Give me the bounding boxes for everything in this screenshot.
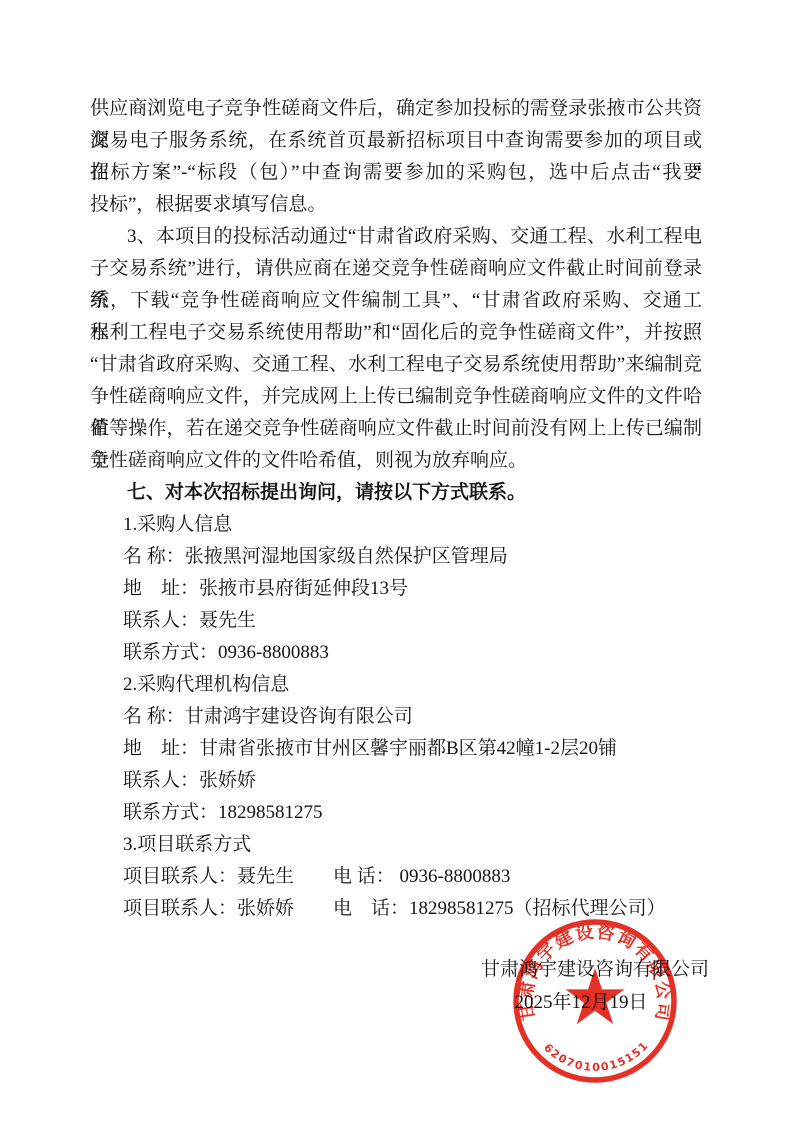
agency-info-heading: 2.采购代理机构信息 (90, 669, 702, 701)
paragraph-line: 值等操作，若在递交竞争性磋商响应文件截止时间前没有网上上传已编制竞 (90, 413, 702, 445)
paragraph-line: 争性磋商响应文件，并完成网上上传已编制竞争性磋商响应文件的文件哈希 (90, 381, 702, 413)
paragraph-line: 水利工程电子交易系统使用帮助”和“固化后的竞争性磋商文件”，并按照 (90, 317, 702, 349)
purchaser-contact: 联系人：聂先生 (90, 605, 702, 637)
section-heading: 七、对本次招标提出询问，请按以下方式联系。 (90, 477, 702, 509)
purchaser-address: 地 址：张掖市县府街延伸段13号 (90, 573, 702, 605)
agency-address: 地 址：甘肃省张掖市甘州区馨宇丽都B区第42幢1-2层20铺 (90, 733, 702, 765)
paragraph-line: 供应商浏览电子竞争性磋商文件后，确定参加投标的需登录张掖市公共资源 (90, 93, 702, 125)
seal-star-icon (566, 968, 625, 1024)
project-contact-name: 项目联系人：张娇娇 (123, 893, 333, 925)
paragraph-line: 争性磋商响应文件的文件哈希值，则视为放弃响应。 (90, 445, 702, 477)
company-seal-stamp: 甘肃鸿宇建设咨询有限公司 6207010015151 (495, 901, 695, 1101)
agency-contact: 联系人：张娇娇 (90, 765, 702, 797)
project-contact-heading: 3.项目联系方式 (90, 829, 702, 861)
paragraph-line: 3、本项目的投标活动通过“甘肃省政府采购、交通工程、水利工程电 (90, 221, 702, 253)
purchaser-info-heading: 1.采购人信息 (90, 509, 702, 541)
document-page: 供应商浏览电子竞争性磋商文件后，确定参加投标的需登录张掖市公共资源 交易电子服务… (0, 0, 793, 1122)
paragraph-line: “甘肃省政府采购、交通工程、水利工程电子交易系统使用帮助”来编制竞 (90, 349, 702, 381)
project-contact-name: 项目联系人：聂先生 (123, 861, 333, 893)
paragraph-line: 统，下载“竞争性磋商响应文件编制工具”、“甘肃省政府采购、交通工程、 (90, 285, 702, 317)
agency-phone: 联系方式：18298581275 (90, 797, 702, 829)
paragraph-line: 子交易系统”进行，请供应商在递交竞争性磋商响应文件截止时间前登录系 (90, 253, 702, 285)
project-contact-row: 项目联系人：聂先生 电 话： 0936-8800883 (90, 861, 702, 893)
purchaser-name: 名 称：张掖黑河湿地国家级自然保护区管理局 (90, 541, 702, 573)
paragraph-line: 交易电子服务系统，在系统首页最新招标项目中查询需要参加的项目或在“ (90, 125, 702, 157)
agency-name: 名 称：甘肃鸿宇建设咨询有限公司 (90, 701, 702, 733)
paragraph-line: 投标”，根据要求填写信息。 (90, 189, 702, 221)
purchaser-phone: 联系方式：0936-8800883 (90, 637, 702, 669)
paragraph-line: 招标方案”-“标段（包）”中查询需要参加的采购包，选中后点击“我要 (90, 157, 702, 189)
project-contact-phone: 电 话： 0936-8800883 (333, 861, 702, 893)
